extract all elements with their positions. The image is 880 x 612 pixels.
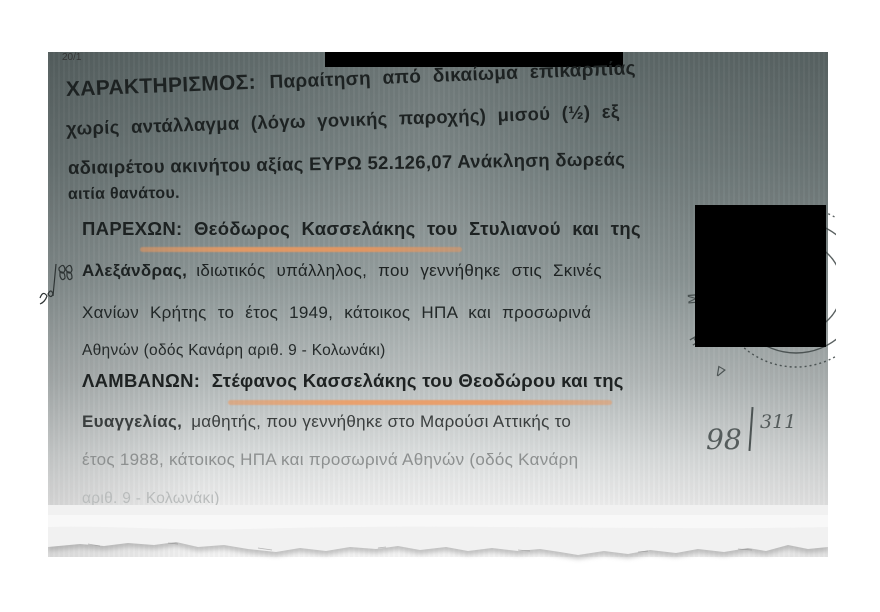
label-evangelias: Ευαγγελίας,: [82, 412, 182, 431]
doc-line-10: Ευαγγελίας, μαθητής, που γεννήθηκε στο Μ…: [82, 412, 571, 432]
doc-line-7: Χανίων Κρήτης το έτος 1949, κάτοικος ΗΠΑ…: [82, 303, 591, 323]
doc-line-8: Αθηνών (οδός Κανάρη αριθ. 9 - Κολωνάκι): [82, 342, 386, 360]
label-provider: ΠΑΡΕΧΩΝ:: [82, 218, 183, 239]
corner-note: 20/1: [62, 52, 81, 63]
torn-paper-edge: [48, 505, 828, 575]
recipient-name: Στέφανος Κασσελάκης του Θεοδώρου και της: [212, 370, 624, 391]
text-line-6: ιδιωτικός υπάλληλος, που γεννήθηκε στις …: [196, 261, 602, 280]
text-line-10: μαθητής, που γεννήθηκε στο Μαρούσι Αττικ…: [191, 412, 571, 431]
label-alexandras: Αλεξάνδρας,: [82, 261, 187, 280]
margin-handwriting-icon: [36, 258, 86, 308]
doc-line-11: έτος 1988, κάτοικος ΗΠΑ και προσωρινά Αθ…: [82, 450, 578, 470]
handwritten-number-right: 311: [760, 411, 796, 433]
provider-name: Θεόδωρος Κασσελάκης του Στυλιανού και τη…: [194, 218, 641, 239]
handwritten-slash: [748, 407, 753, 451]
doc-line-provider: ΠΑΡΕΧΩΝ: Θεόδωρος Κασσελάκης του Στυλιαν…: [82, 218, 641, 240]
svg-text:Δ: Δ: [713, 362, 728, 379]
doc-line-recipient: ΛΑΜΒΑΝΩΝ: Στέφανος Κασσελάκης του Θεοδώρ…: [82, 370, 624, 392]
handwritten-reference: 98 311: [706, 405, 816, 465]
label-recipient: ΛΑΜΒΑΝΩΝ:: [82, 370, 200, 391]
highlight-recipient: [228, 400, 612, 405]
highlight-provider: [140, 247, 462, 252]
doc-line-6: Αλεξάνδρας, ιδιωτικός υπάλληλος, που γεν…: [82, 261, 602, 281]
handwritten-number-left: 98: [706, 423, 742, 456]
doc-line-4: αιτία θανάτου.: [68, 185, 180, 204]
redaction-block-right: [695, 205, 826, 347]
